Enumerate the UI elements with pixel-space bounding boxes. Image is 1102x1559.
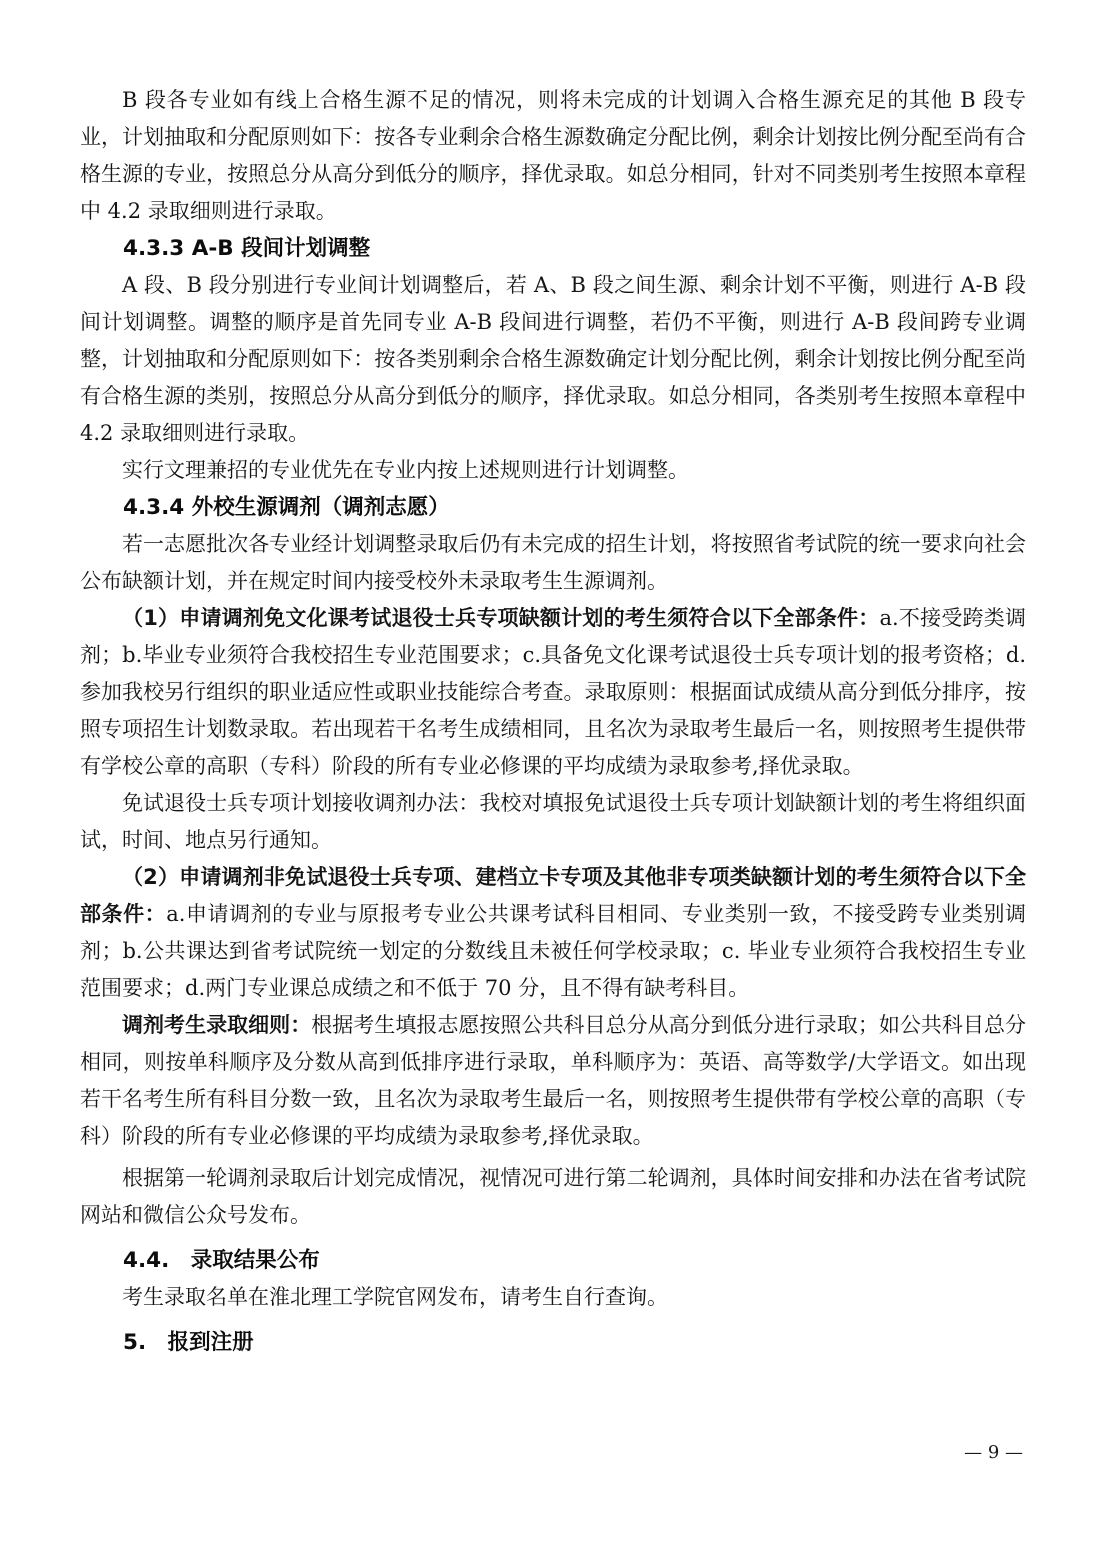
condition-2-body-text: a.申请调剂的专业与原报考专业公共课考试科目相同、专业类别一致，不接受跨专业类别…: [80, 902, 1026, 1000]
paragraph-external-transfer-intro: 若一志愿批次各专业经计划调整录取后仍有未完成的招生计划，将按照省考试院的统一要求…: [80, 526, 1026, 600]
paragraph-condition-1: （1）申请调剂免文化课考试退役士兵专项缺额计划的考生须符合以下全部条件：a.不接…: [80, 600, 1026, 785]
paragraph-ab-segment-adjustment-detail: A 段、B 段分别进行专业间计划调整后，若 A、B 段之间生源、剩余计划不平衡，…: [80, 267, 1026, 452]
document-body: B 段各专业如有线上合格生源不足的情况，则将未完成的计划调入合格生源充足的其他 …: [80, 82, 1026, 1361]
heading-4-3-4-external-source-transfer: 4.3.4 外校生源调剂（调剂志愿）: [80, 489, 1026, 526]
heading-4-4-admission-result-announcement: 4.4. 录取结果公布: [80, 1242, 1026, 1279]
document-page: B 段各专业如有线上合格生源不足的情况，则将未完成的计划调入合格生源充足的其他 …: [0, 0, 1102, 1559]
paragraph-condition-2: （2）申请调剂非免试退役士兵专项、建档立卡专项及其他非专项类缺额计划的考生须符合…: [80, 859, 1026, 1007]
transfer-admission-rules-bold-lead: 调剂考生录取细则：: [122, 1013, 311, 1037]
paragraph-transfer-admission-rules: 调剂考生录取细则：根据考生填报志愿按照公共科目总分从高分到低分进行录取；如公共科…: [80, 1007, 1026, 1155]
paragraph-exempt-veteran-transfer-method: 免试退役士兵专项计划接收调剂办法：我校对填报免试退役士兵专项计划缺额计划的考生将…: [80, 785, 1026, 859]
page-number: — 9 —: [964, 1442, 1023, 1463]
paragraph-second-round-transfer: 根据第一轮调剂录取后计划完成情况，视情况可进行第二轮调剂，具体时间安排和办法在省…: [80, 1160, 1026, 1234]
heading-5-registration: 5. 报到注册: [80, 1324, 1026, 1361]
page-footer: — 9 —: [964, 1441, 1023, 1465]
condition-1-body-text: a.不接受跨类调剂；b.毕业专业须符合我校招生专业范围要求；c.具备免文化课考试…: [80, 606, 1026, 778]
condition-1-bold-lead: （1）申请调剂免文化课考试退役士兵专项缺额计划的考生须符合以下全部条件：: [122, 606, 879, 630]
paragraph-b-segment-plan-adjustment: B 段各专业如有线上合格生源不足的情况，则将未完成的计划调入合格生源充足的其他 …: [80, 82, 1026, 230]
paragraph-arts-science-joint-note: 实行文理兼招的专业优先在专业内按上述规则进行计划调整。: [80, 452, 1026, 489]
heading-4-3-3-ab-segment-plan-adjustment: 4.3.3 A-B 段间计划调整: [80, 230, 1026, 267]
paragraph-result-query-note: 考生录取名单在淮北理工学院官网发布，请考生自行查询。: [80, 1279, 1026, 1316]
